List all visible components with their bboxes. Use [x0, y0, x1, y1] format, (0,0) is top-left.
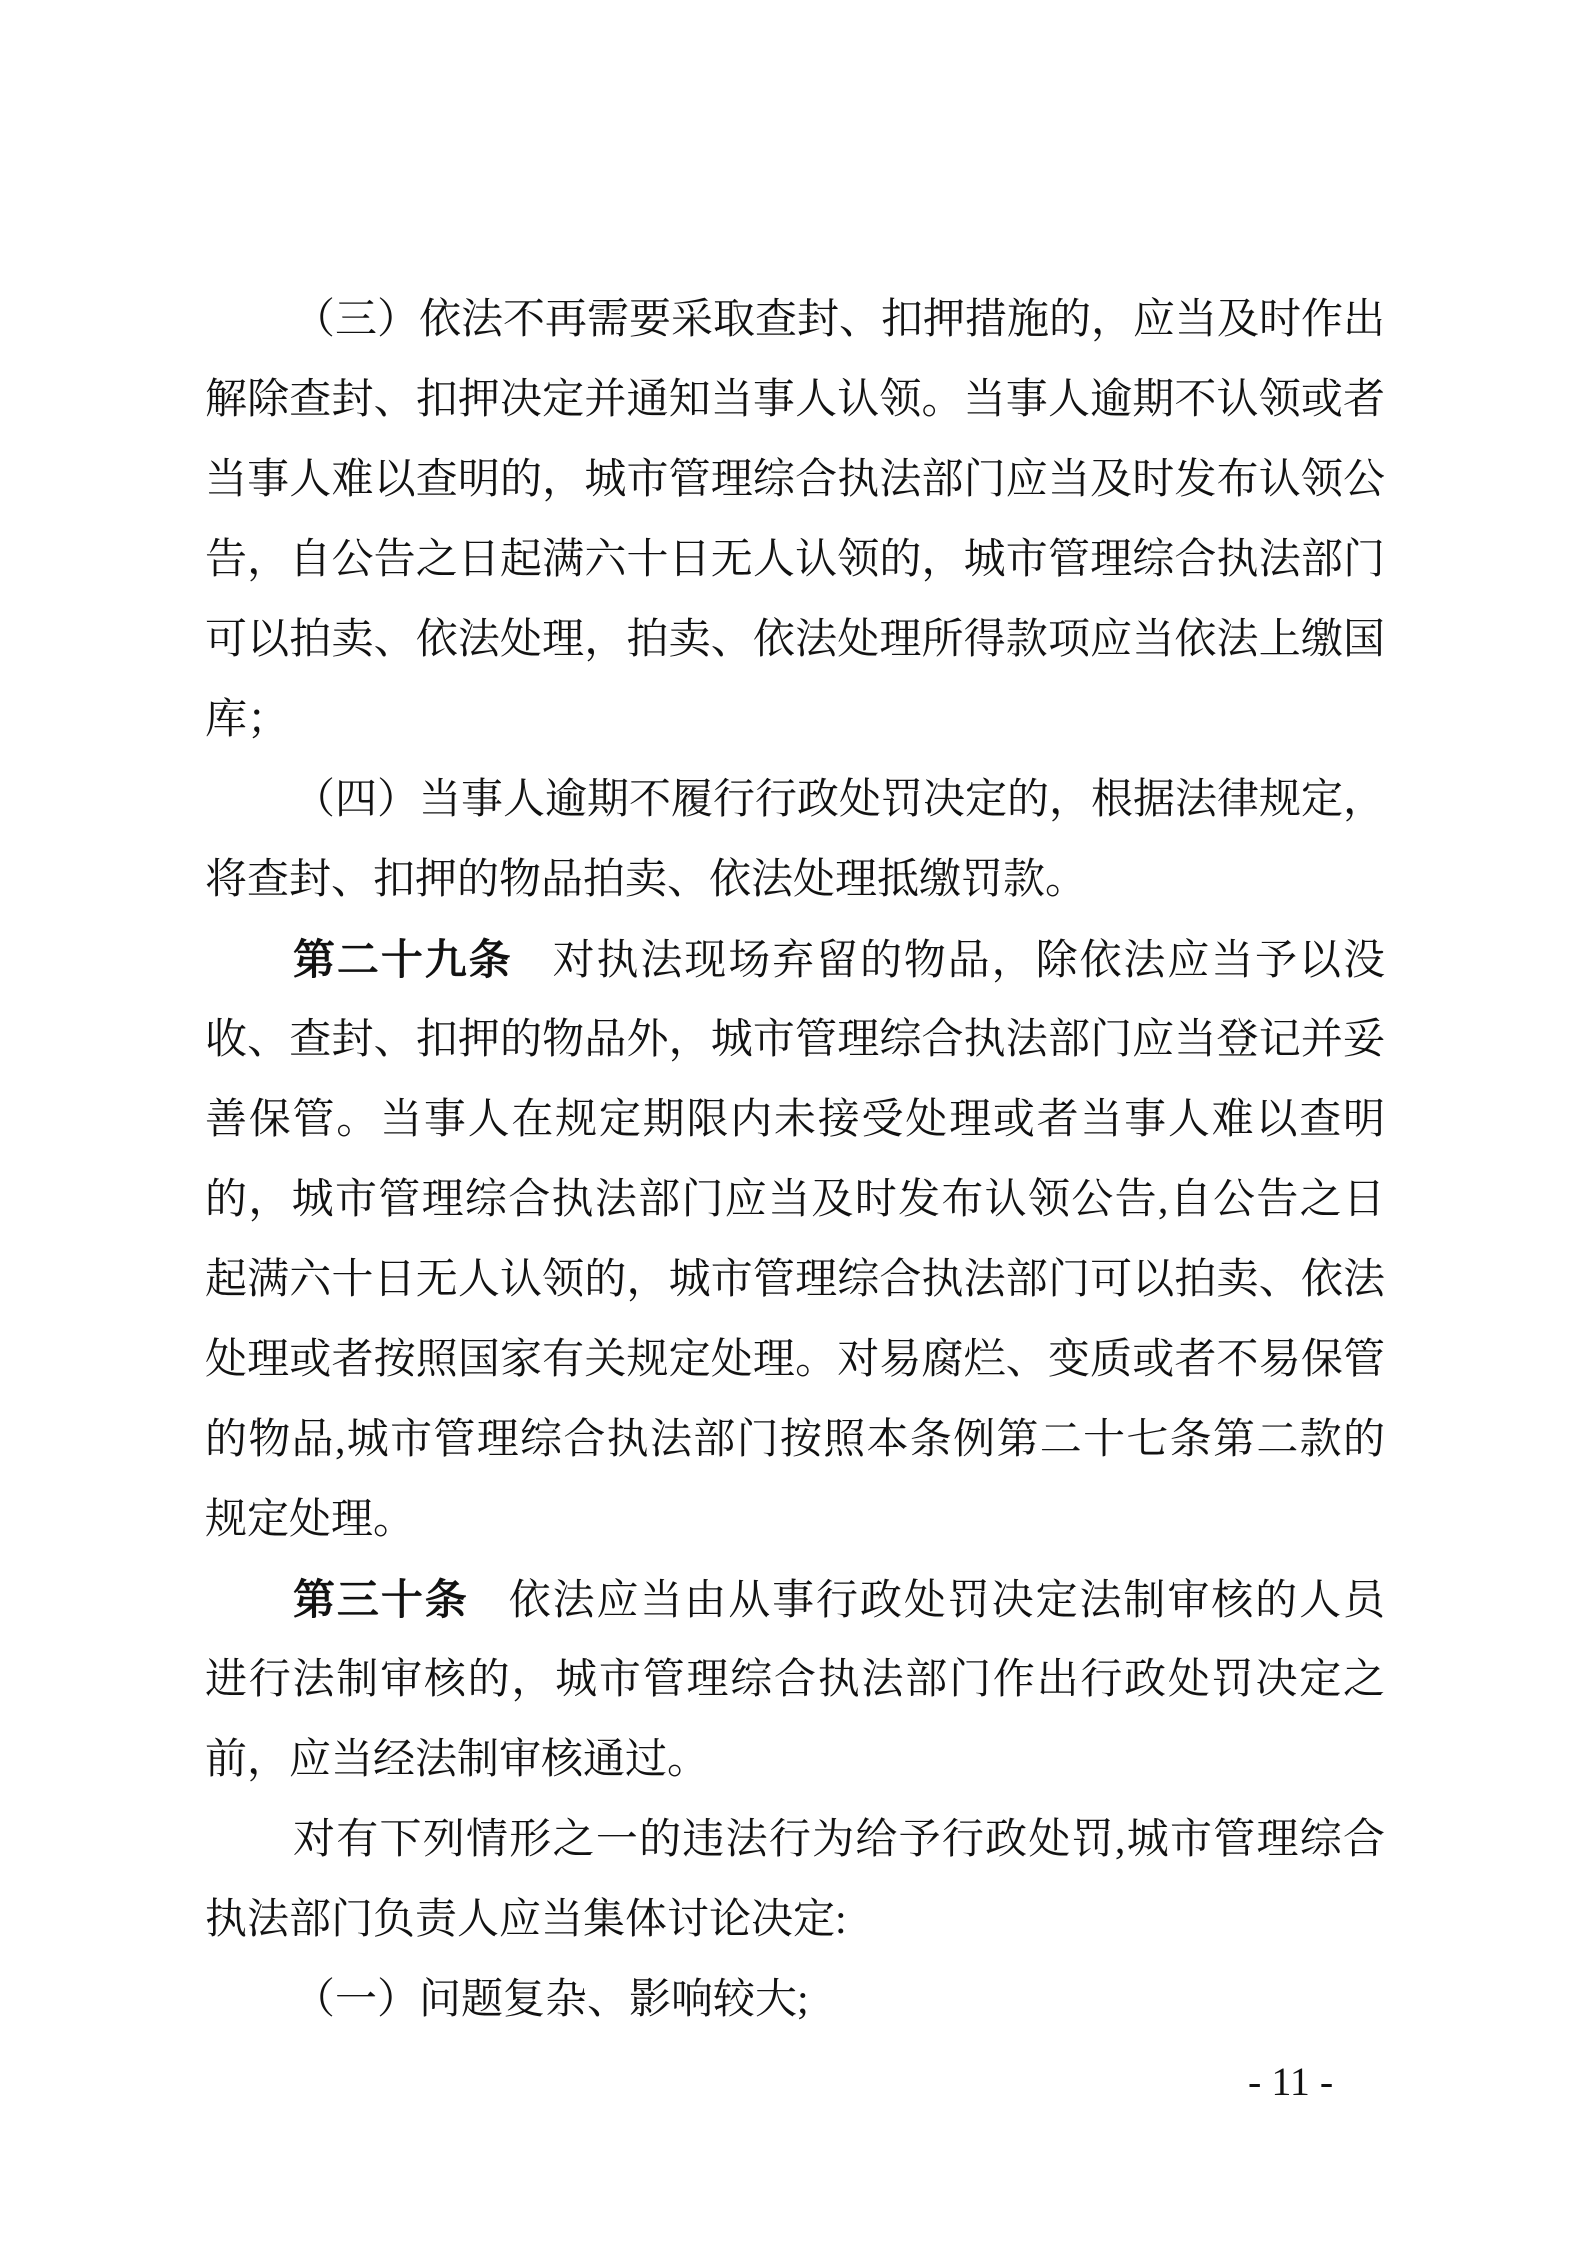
text-line: 对有下列情形之一的违法行为给予行政处罚,城市管理综合: [205, 1800, 1385, 1880]
text-line: （一）问题复杂、影响较大;: [205, 1960, 1385, 2040]
article-number: 第三十条: [293, 1576, 509, 1623]
text-line: 解除查封、扣押决定并通知当事人认领。当事人逾期不认领或者: [205, 360, 1385, 440]
page-number: - 11 -: [1248, 2060, 1333, 2104]
article-heading-line: 第三十条依法应当由从事行政处罚决定法制审核的人员: [205, 1560, 1385, 1640]
text-line: 的，城市管理综合执法部门应当及时发布认领公告,自公告之日: [205, 1160, 1385, 1240]
text-line: 规定处理。: [205, 1480, 1385, 1560]
text-line: 可以拍卖、依法处理，拍卖、依法处理所得款项应当依法上缴国: [205, 600, 1385, 680]
text-line: 告，自公告之日起满六十日无人认领的，城市管理综合执法部门: [205, 520, 1385, 600]
text-line: 的物品,城市管理综合执法部门按照本条例第二十七条第二款的: [205, 1400, 1385, 1480]
text-line: 当事人难以查明的，城市管理综合执法部门应当及时发布认领公: [205, 440, 1385, 520]
text-line: （四）当事人逾期不履行行政处罚决定的，根据法律规定，: [205, 760, 1385, 840]
text-line: 善保管。当事人在规定期限内未接受处理或者当事人难以查明: [205, 1080, 1385, 1160]
article-text: 依法应当由从事行政处罚决定法制审核的人员: [509, 1578, 1385, 1624]
text-line: 库；: [205, 680, 1385, 760]
text-line: 起满六十日无人认领的，城市管理综合执法部门可以拍卖、依法: [205, 1240, 1385, 1320]
text-line: （三）依法不再需要采取查封、扣押措施的，应当及时作出: [205, 280, 1385, 360]
article-number: 第二十九条: [293, 936, 553, 983]
article-heading-line: 第二十九条对执法现场弃留的物品，除依法应当予以没: [205, 920, 1385, 1000]
text-line: 将查封、扣押的物品拍卖、依法处理抵缴罚款。: [205, 840, 1385, 920]
text-line: 收、查封、扣押的物品外，城市管理综合执法部门应当登记并妥: [205, 1000, 1385, 1080]
text-line: 处理或者按照国家有关规定处理。对易腐烂、变质或者不易保管: [205, 1320, 1385, 1400]
text-line: 执法部门负责人应当集体讨论决定:: [205, 1880, 1385, 1960]
article-text: 对执法现场弃留的物品，除依法应当予以没: [553, 938, 1385, 984]
document-page: （三）依法不再需要采取查封、扣押措施的，应当及时作出 解除查封、扣押决定并通知当…: [0, 0, 1587, 2245]
text-line: 进行法制审核的，城市管理综合执法部门作出行政处罚决定之: [205, 1640, 1385, 1720]
document-body: （三）依法不再需要采取查封、扣押措施的，应当及时作出 解除查封、扣押决定并通知当…: [205, 280, 1385, 2040]
text-line: 前，应当经法制审核通过。: [205, 1720, 1385, 1800]
